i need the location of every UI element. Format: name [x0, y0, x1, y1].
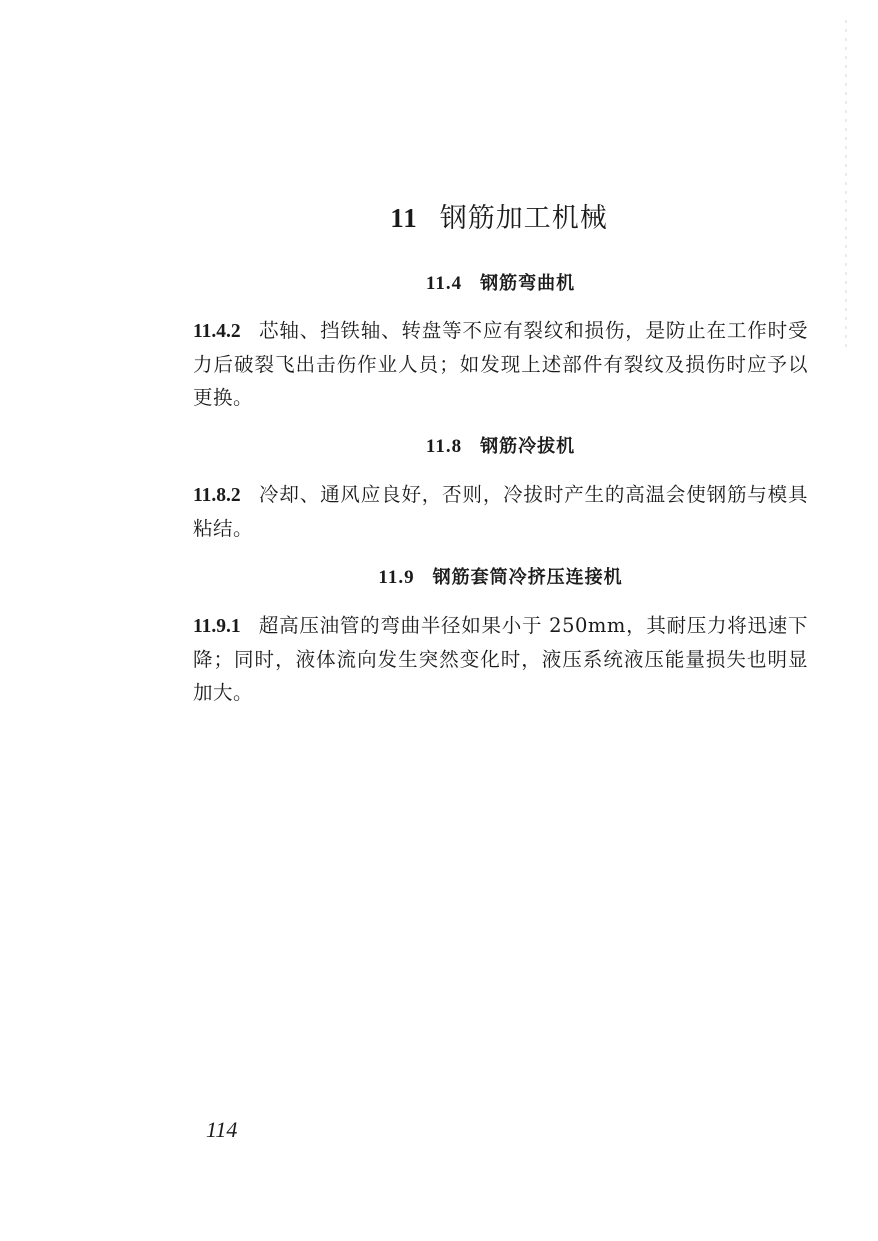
clause-11-4-2: 11.4.2芯轴、挡铁轴、转盘等不应有裂纹和损伤，是防止在工作时受力后破裂飞出击…: [193, 314, 808, 414]
section-title-11-9: 11.9钢筋套筒冷挤压连接机: [193, 564, 808, 592]
clause-11-8-2: 11.8.2冷却、通风应良好，否则，冷拔时产生的高温会使钢筋与模具粘结。: [193, 478, 808, 545]
chapter-number: 11: [390, 203, 418, 233]
section-title-11-4: 11.4钢筋弯曲机: [193, 270, 808, 298]
section-title-11-8: 11.8钢筋冷拔机: [193, 433, 808, 461]
section-title-text: 钢筋弯曲机: [480, 273, 575, 294]
clause-text: 芯轴、挡铁轴、转盘等不应有裂纹和损伤，是防止在工作时受力后破裂飞出击伤作业人员；…: [193, 319, 808, 409]
clause-text: 超高压油管的弯曲半径如果小于 250mm，其耐压力将迅速下降；同时，液体流向发生…: [193, 614, 808, 704]
scan-artifact: [845, 20, 847, 350]
clause-number: 11.8.2: [193, 485, 241, 506]
section-number: 11.4: [426, 273, 462, 294]
document-page: 11钢筋加工机械 11.4钢筋弯曲机 11.4.2芯轴、挡铁轴、转盘等不应有裂纹…: [0, 0, 878, 1241]
section-number: 11.8: [426, 436, 462, 457]
clause-number: 11.9.1: [193, 616, 241, 637]
chapter-title: 11钢筋加工机械: [0, 198, 878, 239]
section-title-text: 钢筋套筒冷挤压连接机: [433, 567, 623, 588]
section-number: 11.9: [378, 567, 414, 588]
clause-text: 冷却、通风应良好，否则，冷拔时产生的高温会使钢筋与模具粘结。: [193, 483, 808, 540]
section-title-text: 钢筋冷拔机: [480, 436, 575, 457]
page-number: 114: [206, 1116, 237, 1144]
clause-number: 11.4.2: [193, 321, 241, 342]
chapter-title-text: 钢筋加工机械: [440, 203, 608, 234]
clause-11-9-1: 11.9.1超高压油管的弯曲半径如果小于 250mm，其耐压力将迅速下降；同时，…: [193, 609, 808, 709]
